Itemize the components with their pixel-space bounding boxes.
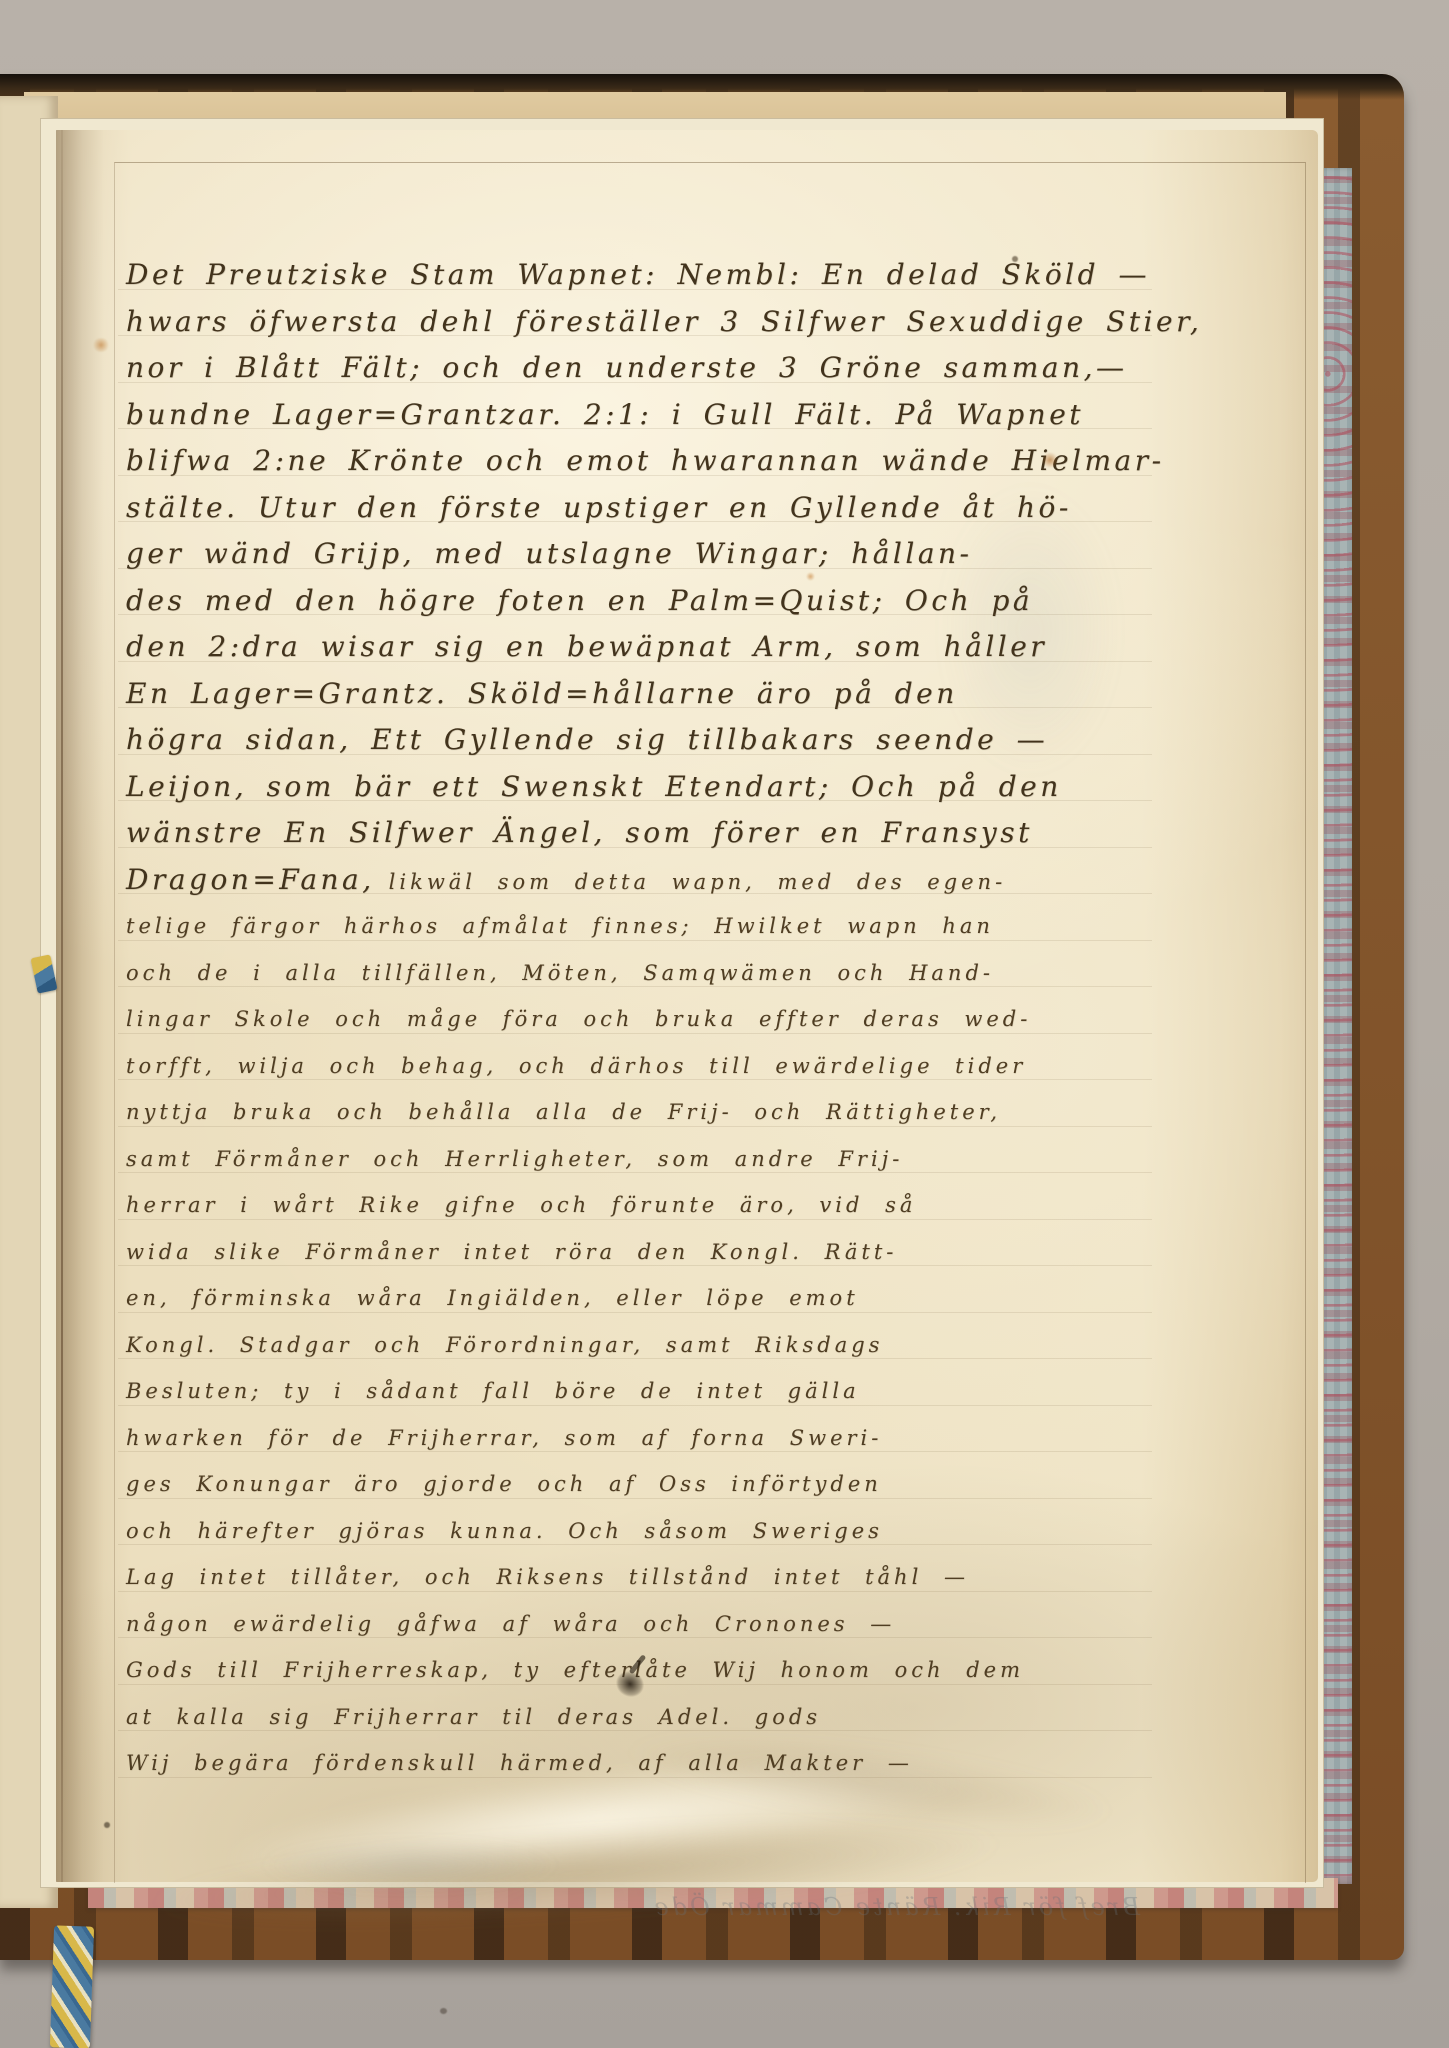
text-line-large-hand: bundne Lager=Grantzar. 2:1: i Gull Fält.… (126, 398, 1084, 431)
text-line: Kongl. Stadgar och Förordningar, samt Ri… (126, 1322, 1130, 1369)
text-line: wida slike Förmåner intet röra den Kongl… (126, 1229, 1130, 1276)
text-line-small-hand: wida slike Förmåner intet röra den Kongl… (126, 1240, 897, 1264)
text-line: Dragon=Fana,likwäl som detta wapn, med d… (126, 857, 1130, 904)
dark-speck (1012, 256, 1018, 262)
text-line: wänstre En Silfwer Ängel, som förer en F… (126, 810, 1130, 857)
text-line-small-hand: Lag intet tillåter, och Riksens tillstån… (126, 1565, 969, 1589)
dark-speck (440, 2008, 447, 2014)
text-line: nor i Blått Fält; och den underste 3 Grö… (126, 345, 1130, 392)
text-line: herrar i wårt Rike gifne och förunte äro… (126, 1182, 1130, 1229)
rust-stain (1042, 452, 1058, 468)
text-line-small-hand: samt Förmåner och Herrligheter, som andr… (126, 1147, 903, 1171)
dark-speck (104, 1822, 110, 1828)
text-line-large-hand: En Lager=Grantz. Sköld=hållarne äro på d… (126, 677, 958, 710)
text-line: en, förminska wåra Ingiälden, eller löpe… (126, 1275, 1130, 1322)
text-line: Leijon, som bär ett Swenskt Etendart; Oc… (126, 764, 1130, 811)
ink-bleed-smudge (200, 1830, 620, 1900)
text-line-large-hand: Dragon=Fana, (126, 863, 375, 896)
text-line-small-hand: Gods till Frijherreskap, ty efterlåte Wi… (126, 1658, 1024, 1682)
text-line-small-hand: Wij begära fördenskull härmed, af alla M… (126, 1751, 913, 1775)
text-line-large-hand: högra sidan, Ett Gyllende sig tillbakars… (126, 723, 1048, 756)
text-line: Lag intet tillåter, och Riksens tillstån… (126, 1554, 1130, 1601)
text-line: ger wänd Grijp, med utslagne Wingar; hål… (126, 531, 1130, 578)
text-line: den 2:dra wisar sig en bewäpnat Arm, som… (126, 624, 1130, 671)
gutter-shadow (56, 130, 104, 1882)
text-line: lingar Skole och måge föra och bruka eff… (126, 996, 1130, 1043)
text-line: telige färgor härhos afmålat finnes; Hwi… (126, 903, 1130, 950)
text-line-small-hand: torfft, wilja och behag, och därhos till… (126, 1054, 1026, 1078)
text-line-small-hand: Kongl. Stadgar och Förordningar, samt Ri… (126, 1333, 883, 1357)
bleed-through-text: Bref för Rik. Ränte Cammar Öde (540, 1892, 1140, 1922)
text-line: hwarken för de Frijherrar, som af forna … (126, 1415, 1130, 1462)
text-line: Det Preutziske Stam Wapnet: Nembl: En de… (126, 252, 1130, 299)
text-line-small-hand: telige färgor härhos afmålat finnes; Hwi… (126, 914, 994, 938)
text-line: blifwa 2:ne Krönte och emot hwarannan wä… (126, 438, 1130, 485)
text-line-small-hand: någon ewärdelig gåfwa af wåra och Cronon… (126, 1612, 895, 1636)
text-line: stälte. Utur den förste upstiger en Gyll… (126, 485, 1130, 532)
text-line-large-hand: Leijon, som bär ett Swenskt Etendart; Oc… (126, 770, 1062, 803)
text-line-small-hand: hwarken för de Frijherrar, som af forna … (126, 1426, 882, 1450)
text-line-small-hand: herrar i wårt Rike gifne och förunte äro… (126, 1193, 916, 1217)
scanner-background: { "colors": { "background": "#b3aca4", "… (0, 0, 1449, 2048)
text-line-large-hand: nor i Blått Fält; och den underste 3 Grö… (126, 351, 1127, 384)
text-line-small-hand: at kalla sig Frijherrar til deras Adel. … (126, 1705, 821, 1729)
gutter-fold-line (61, 130, 63, 1882)
text-line: des med den högre foten en Palm=Quist; O… (126, 578, 1130, 625)
rust-stain (92, 338, 110, 352)
text-line-small-hand: en, förminska wåra Ingiälden, eller löpe… (126, 1286, 859, 1310)
text-line-large-hand: blifwa 2:ne Krönte och emot hwarannan wä… (126, 444, 1165, 477)
text-line-small-hand: ges Konungar äro gjorde och af Oss inför… (126, 1472, 882, 1496)
text-line: och härefter gjöras kunna. Och såsom Swe… (126, 1508, 1130, 1555)
text-line: och de i alla tillfällen, Möten, Samqwäm… (126, 950, 1130, 997)
rust-stain (806, 572, 815, 581)
text-line-large-hand: den 2:dra wisar sig en bewäpnat Arm, som… (126, 630, 1047, 663)
text-line: samt Förmåner och Herrligheter, som andr… (126, 1136, 1130, 1183)
text-line-small-hand: lingar Skole och måge föra och bruka eff… (126, 1007, 1031, 1031)
text-line: En Lager=Grantz. Sköld=hållarne äro på d… (126, 671, 1130, 718)
text-line: nyttja bruka och behålla alla de Frij- o… (126, 1089, 1130, 1136)
text-line: Besluten; ty i sådant fall böre de intet… (126, 1368, 1130, 1415)
text-line: Wij begära fördenskull härmed, af alla M… (126, 1740, 1130, 1787)
text-line-small-hand: och härefter gjöras kunna. Och såsom Swe… (126, 1519, 883, 1543)
text-line-large-hand: stälte. Utur den förste upstiger en Gyll… (126, 491, 1072, 524)
text-line: torfft, wilja och behag, och därhos till… (126, 1043, 1130, 1090)
text-line: hwars öfwersta dehl föreställer 3 Silfwe… (126, 299, 1130, 346)
text-line-small-hand: Besluten; ty i sådant fall böre de intet… (126, 1379, 860, 1403)
text-line-large-hand: Det Preutziske Stam Wapnet: Nembl: En de… (126, 258, 1150, 291)
text-line-large-hand: wänstre En Silfwer Ängel, som förer en F… (126, 816, 1033, 849)
text-line-large-hand: des med den högre foten en Palm=Quist; O… (126, 584, 1033, 617)
text-line: ges Konungar äro gjorde och af Oss inför… (126, 1461, 1130, 1508)
text-line-small-hand: likwäl som detta wapn, med des egen- (389, 870, 1007, 894)
text-line-small-hand: nyttja bruka och behålla alla de Frij- o… (126, 1100, 1001, 1124)
text-line-small-hand: och de i alla tillfällen, Möten, Samqwäm… (126, 961, 994, 985)
braided-bookmark-ribbon (50, 1925, 94, 2048)
manuscript-text: Det Preutziske Stam Wapnet: Nembl: En de… (126, 252, 1130, 1787)
text-line: någon ewärdelig gåfwa af wåra och Cronon… (126, 1601, 1130, 1648)
text-line-large-hand: hwars öfwersta dehl föreställer 3 Silfwe… (126, 305, 1202, 338)
text-line: högra sidan, Ett Gyllende sig tillbakars… (126, 717, 1130, 764)
text-line: bundne Lager=Grantzar. 2:1: i Gull Fält.… (126, 392, 1130, 439)
text-line-large-hand: ger wänd Grijp, med utslagne Wingar; hål… (126, 537, 973, 570)
